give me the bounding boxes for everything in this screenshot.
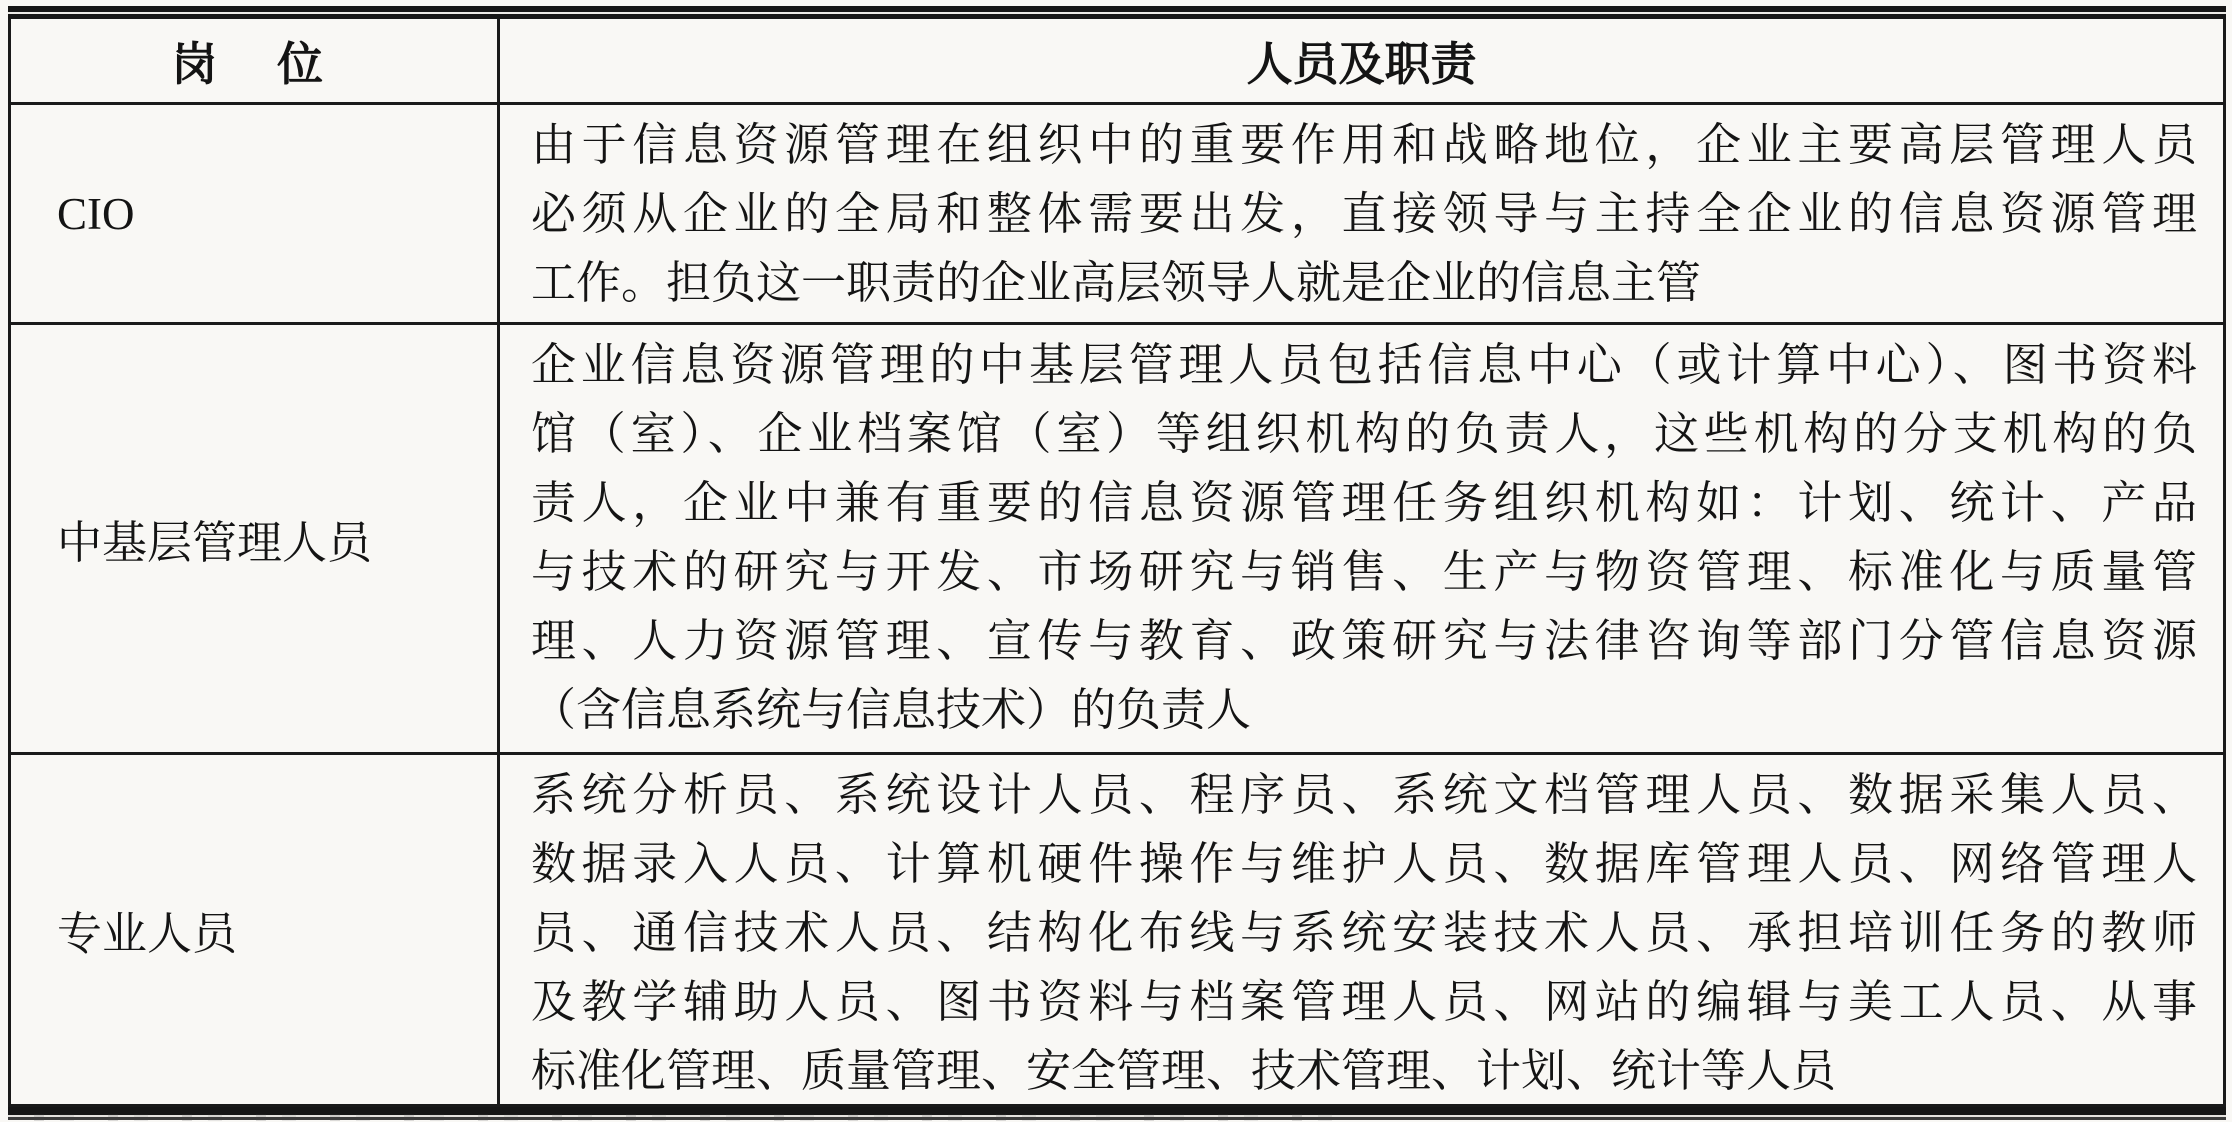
page-cutoff-text-fragment xyxy=(34,1114,1354,1121)
duty-text-line: 标准化管理、质量管理、安全管理、技术管理、计划、统计等人员 xyxy=(531,1037,2197,1106)
column-header-position-label: 岗 位 xyxy=(171,28,330,94)
table-row-position-middle-management: 中基层管理人员 xyxy=(11,325,500,755)
positions-duties-table: 岗 位 人员及职责 CIO 由于信息资源管理在组织中的重要作用和战略地位，企业主… xyxy=(8,6,2226,1121)
duty-text-line: 及教学辅助人员、图书资料与档案管理人员、网站的编辑与美工人员、从事 xyxy=(531,968,2197,1037)
table-row-duty-middle-management: 企业信息资源管理的中基层管理人员包括信息中心（或计算中心）、图书资料馆（室）、企… xyxy=(500,325,2223,755)
duty-text-line: （含信息系统与信息技术）的负责人 xyxy=(531,676,2197,745)
column-header-position: 岗 位 xyxy=(11,19,500,105)
duty-text-line: 理、人力资源管理、宣传与教育、政策研究与法律咨询等部门分管信息资源 xyxy=(531,607,2197,676)
table-row-position-cio: CIO xyxy=(11,105,500,325)
position-label: CIO xyxy=(57,188,135,240)
table-grid: 岗 位 人员及职责 CIO 由于信息资源管理在组织中的重要作用和战略地位，企业主… xyxy=(8,19,2226,1107)
table-row-duty-professionals: 系统分析员、系统设计人员、程序员、系统文档管理人员、数据采集人员、数据录入人员、… xyxy=(500,755,2223,1107)
duty-text-line: 企业信息资源管理的中基层管理人员包括信息中心（或计算中心）、图书资料 xyxy=(531,331,2197,400)
table-row-duty-cio: 由于信息资源管理在组织中的重要作用和战略地位，企业主要高层管理人员必须从企业的全… xyxy=(500,105,2223,325)
duty-text-line: 必须从企业的全局和整体需要出发，直接领导与主持全企业的信息资源管理 xyxy=(531,180,2197,249)
duty-text-line: 由于信息资源管理在组织中的重要作用和战略地位，企业主要高层管理人员 xyxy=(531,111,2197,180)
duty-text-line: 数据录入人员、计算机硬件操作与维护人员、数据库管理人员、网络管理人 xyxy=(531,830,2197,899)
column-header-duty-label: 人员及职责 xyxy=(1247,28,1477,94)
duty-text-line: 员、通信技术人员、结构化布线与系统安装技术人员、承担培训任务的教师 xyxy=(531,899,2197,968)
duty-text-line: 工作。担负这一职责的企业高层领导人就是企业的信息主管 xyxy=(531,249,2197,318)
duty-text-line: 系统分析员、系统设计人员、程序员、系统文档管理人员、数据采集人员、 xyxy=(531,761,2197,830)
position-label: 中基层管理人员 xyxy=(57,506,372,571)
duty-text-line: 责人，企业中兼有重要的信息资源管理任务组织机构如：计划、统计、产品 xyxy=(531,469,2197,538)
column-header-duty: 人员及职责 xyxy=(500,19,2223,105)
table-row-position-professionals: 专业人员 xyxy=(11,755,500,1107)
position-label: 专业人员 xyxy=(57,897,237,962)
duty-text-line: 与技术的研究与开发、市场研究与销售、生产与物资管理、标准化与质量管 xyxy=(531,538,2197,607)
table-top-double-rule xyxy=(8,6,2226,19)
duty-text-line: 馆（室）、企业档案馆（室）等组织机构的负责人，这些机构的分支机构的负 xyxy=(531,400,2197,469)
